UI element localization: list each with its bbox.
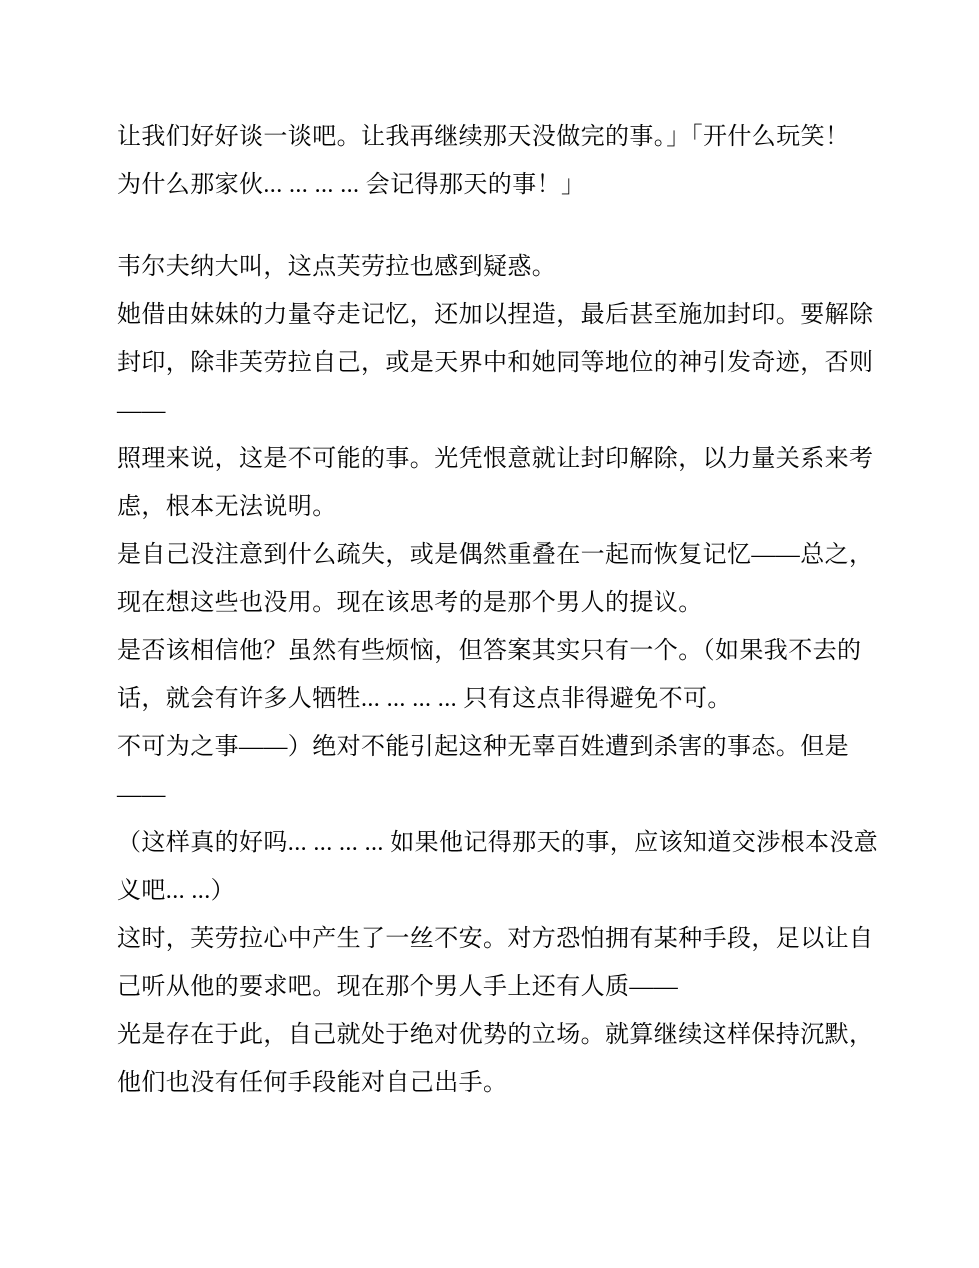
text-line: 为什么那家伙... ... ... ... 会记得那天的事！」 [117,161,877,209]
text-line: 韦尔夫纳大叫，这点芙劳拉也感到疑惑。 [117,243,877,291]
text-line: 他们也没有任何手段能对自己出手。 [117,1059,877,1107]
text-line: （这样真的好吗... ... ... ... 如果他记得那天的事，应该知道交涉根… [117,819,877,867]
text-line: —— [117,771,877,819]
text-line: 照理来说，这是不可能的事。光凭恨意就让封印解除，以力量关系来考 [117,435,877,483]
text-line: 光是存在于此，自己就处于绝对优势的立场。就算继续这样保持沉默， [117,1011,877,1059]
text-line: 虑，根本无法说明。 [117,483,877,531]
text-line: 让我们好好谈一谈吧。让我再继续那天没做完的事。」「开什么玩笑！ [117,113,877,161]
text-line: 义吧... ...） [117,867,877,915]
text-block: 让我们好好谈一谈吧。让我再继续那天没做完的事。」「开什么玩笑！ 为什么那家伙..… [117,113,877,1107]
text-line: 己听从他的要求吧。现在那个男人手上还有人质—— [117,963,877,1011]
text-line: 是否该相信他？虽然有些烦恼，但答案其实只有一个。（如果我不去的 [117,627,877,675]
text-line: 不可为之事——）绝对不能引起这种无辜百姓遭到杀害的事态。但是 [117,723,877,771]
text-line: 她借由妹妹的力量夺走记忆，还加以捏造，最后甚至施加封印。要解除 [117,291,877,339]
text-line: —— [117,387,877,435]
text-line: 现在想这些也没用。现在该思考的是那个男人的提议。 [117,579,877,627]
text-line: 封印，除非芙劳拉自己，或是天界中和她同等地位的神引发奇迹，否则 [117,339,877,387]
text-line: 话，就会有许多人牺牲... ... ... ... 只有这点非得避免不可。 [117,675,877,723]
text-line: 这时，芙劳拉心中产生了一丝不安。对方恐怕拥有某种手段，足以让自 [117,915,877,963]
text-line: 是自己没注意到什么疏失，或是偶然重叠在一起而恢复记忆——总之， [117,531,877,579]
document-page: 让我们好好谈一谈吧。让我再继续那天没做完的事。」「开什么玩笑！ 为什么那家伙..… [0,0,979,1268]
